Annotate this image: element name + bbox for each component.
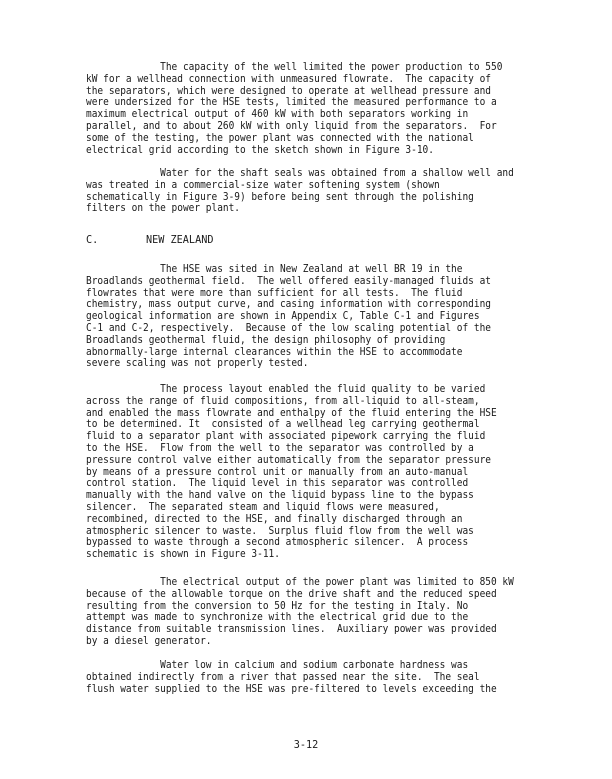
- text-line: atmospheric silencer to waste. Surplus f…: [86, 526, 523, 538]
- text-line: Water low in calcium and sodium carbonat…: [86, 660, 523, 672]
- text-line: and enabled the mass flowrate and enthal…: [86, 408, 523, 420]
- paragraph-shaft-seal-water: Water for the shaft seals was obtained f…: [86, 168, 556, 215]
- text-line: kW for a wellhead connection with unmeas…: [86, 74, 523, 86]
- text-line: Water for the shaft seals was obtained f…: [86, 168, 523, 180]
- text-line: The HSE was sited in New Zealand at well…: [86, 264, 523, 276]
- text-line: some of the testing, the power plant was…: [86, 133, 523, 145]
- text-line: distance from suitable transmission line…: [86, 624, 523, 636]
- document-page: The capacity of the well limited the pow…: [0, 0, 612, 779]
- text-line: geological information are shown in Appe…: [86, 311, 523, 323]
- text-line: recombined, directed to the HSE, and fin…: [86, 514, 523, 526]
- text-line: parallel, and to about 260 kW with only …: [86, 121, 523, 133]
- text-line: Broadlands geothermal fluid, the design …: [86, 335, 523, 347]
- text-line: chemistry, mass output curve, and casing…: [86, 299, 523, 311]
- text-line: by a diesel generator.: [86, 636, 523, 648]
- text-line: the separators, which were designed to o…: [86, 86, 523, 98]
- text-line: schematic is shown in Figure 3-11.: [86, 549, 523, 561]
- text-line: because of the allowable torque on the d…: [86, 589, 523, 601]
- text-line: severe scaling was not properly tested.: [86, 358, 523, 370]
- text-line: flowrates that were more than sufficient…: [86, 288, 523, 300]
- text-line: filters on the power plant.: [86, 203, 523, 215]
- text-line: fluid to a separator plant with associat…: [86, 431, 523, 443]
- text-line: Broadlands geothermal field. The well of…: [86, 276, 523, 288]
- text-line: flush water supplied to the HSE was pre-…: [86, 684, 523, 696]
- text-line: silencer. The separated steam and liquid…: [86, 502, 523, 514]
- paragraph-seal-water: Water low in calcium and sodium carbonat…: [86, 660, 556, 695]
- paragraph-electrical-output: The electrical output of the power plant…: [86, 577, 556, 648]
- text-line: The capacity of the well limited the pow…: [86, 62, 523, 74]
- page-number: 3-12: [0, 740, 612, 752]
- text-line: across the range of fluid compositions, …: [86, 396, 523, 408]
- text-line: control station. The liquid level in thi…: [86, 478, 523, 490]
- paragraph-process-layout: The process layout enabled the fluid qua…: [86, 384, 556, 561]
- text-line: were undersized for the HSE tests, limit…: [86, 97, 523, 109]
- section-letter: C.: [86, 235, 98, 247]
- section-title: NEW ZEALAND: [146, 235, 213, 247]
- text-line: C-1 and C-2, respectively. Because of th…: [86, 323, 523, 335]
- text-line: The process layout enabled the fluid qua…: [86, 384, 523, 396]
- text-line: electrical grid according to the sketch …: [86, 145, 523, 157]
- text-line: was treated in a commercial-size water s…: [86, 180, 523, 192]
- text-line: resulting from the conversion to 50 Hz f…: [86, 601, 523, 613]
- text-line: by means of a pressure control unit or m…: [86, 467, 523, 479]
- text-line: to be determined. It consisted of a well…: [86, 419, 523, 431]
- text-line: attempt was made to synchronize with the…: [86, 612, 523, 624]
- text-line: obtained indirectly from a river that pa…: [86, 672, 523, 684]
- paragraph-well-capacity: The capacity of the well limited the pow…: [86, 62, 556, 156]
- text-line: manually with the hand valve on the liqu…: [86, 490, 523, 502]
- text-line: to the HSE. Flow from the well to the se…: [86, 443, 523, 455]
- text-line: schematically in Figure 3-9) before bein…: [86, 192, 523, 204]
- text-line: pressure control valve either automatica…: [86, 455, 523, 467]
- text-line: The electrical output of the power plant…: [86, 577, 523, 589]
- paragraph-nz-site: The HSE was sited in New Zealand at well…: [86, 264, 556, 370]
- text-line: maximum electrical output of 460 kW with…: [86, 109, 523, 121]
- text-line: abnormally-large internal clearances wit…: [86, 347, 523, 359]
- text-line: bypassed to waste through a second atmos…: [86, 537, 523, 549]
